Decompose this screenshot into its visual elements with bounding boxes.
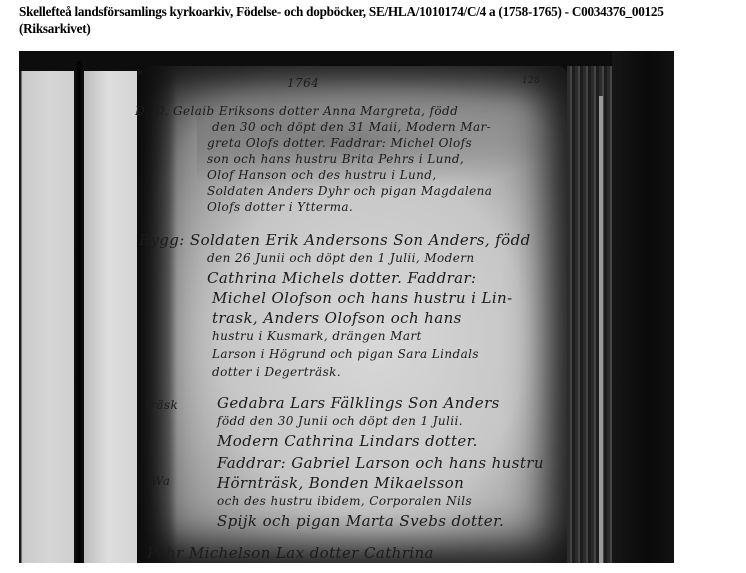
- record-title-line-2: (Riksarkivet): [19, 20, 739, 37]
- handwriting-line: den 30 och döpt den 31 Maii, Modern Mar-: [212, 120, 491, 134]
- margin-note: Wa: [151, 474, 170, 488]
- handwriting-line: Pehr Michelson Lax dotter Cathrina: [147, 544, 434, 562]
- handwriting-line: Michel Olofson och hans hustru i Lin-: [212, 289, 513, 307]
- handwriting-line: greta Olofs dotter. Faddrar: Michel Olof…: [207, 136, 472, 150]
- margin-note: träsk: [145, 398, 178, 412]
- record-title-line-1: Skellefteå landsförsamlings kyrkoarkiv, …: [19, 3, 739, 20]
- handwriting-line: Spijk och pigan Marta Svebs dotter.: [217, 512, 504, 530]
- page-year: 1764: [287, 76, 319, 90]
- handwriting-line: Soldaten Anders Dyhr och pigan Magdalena: [207, 184, 492, 198]
- handwriting-line: Faddrar: Gabriel Larson och hans hustru: [217, 454, 544, 472]
- handwriting-line: Modern Cathrina Lindars dotter.: [217, 432, 478, 450]
- handwriting-line: Larson i Högrund och pigan Sara Lindals: [212, 347, 479, 361]
- record-title: Skellefteå landsförsamlings kyrkoarkiv, …: [19, 3, 739, 37]
- handwriting-line: Gedabra Lars Fälklings Son Anders: [217, 394, 500, 412]
- page-edge-highlight: [599, 96, 603, 563]
- book-cover: [612, 51, 674, 563]
- handwriting-line: och des hustru ibidem, Corporalen Nils: [217, 494, 472, 508]
- left-blank-page-inner: [84, 71, 144, 563]
- handwriting-line: dotter i Degerträsk.: [212, 365, 341, 379]
- page-edges: [567, 66, 612, 563]
- handwriting-line: son och hans hustru Brita Pehrs i Lund,: [207, 152, 464, 166]
- page-number: 128: [522, 76, 540, 86]
- handwriting-line: hustru i Kusmark, drängen Mart: [212, 329, 422, 343]
- handwriting-line: Cathrina Michels dotter. Faddrar:: [207, 269, 477, 287]
- handwriting-line: trask, Anders Olofson och hans: [212, 309, 462, 327]
- handwriting-line: Olofs dotter i Ytterma.: [207, 200, 353, 214]
- margin-note: D.: [135, 104, 149, 118]
- left-blank-page-outer: [19, 71, 74, 563]
- book-gutter: [74, 61, 84, 563]
- scanned-document-image: 1764 128 D. Gelaib Eriksons dotter Anna …: [19, 51, 674, 563]
- handwriting-line: Hörnträsk, Bonden Mikaelsson: [217, 474, 464, 492]
- handwriting-line: Bygg: Soldaten Erik Andersons Son Anders…: [139, 231, 531, 249]
- manuscript-page: 1764 128 D. Gelaib Eriksons dotter Anna …: [137, 66, 567, 563]
- handwriting-line: Olof Hanson och des hustru i Lund,: [207, 168, 437, 182]
- handwriting-line: den 26 Junii och döpt den 1 Julii, Moder…: [207, 251, 475, 265]
- handwriting-line: född den 30 Junii och döpt den 1 Julii.: [217, 414, 463, 428]
- handwriting-line: D. Gelaib Eriksons dotter Anna Margreta,…: [155, 104, 458, 118]
